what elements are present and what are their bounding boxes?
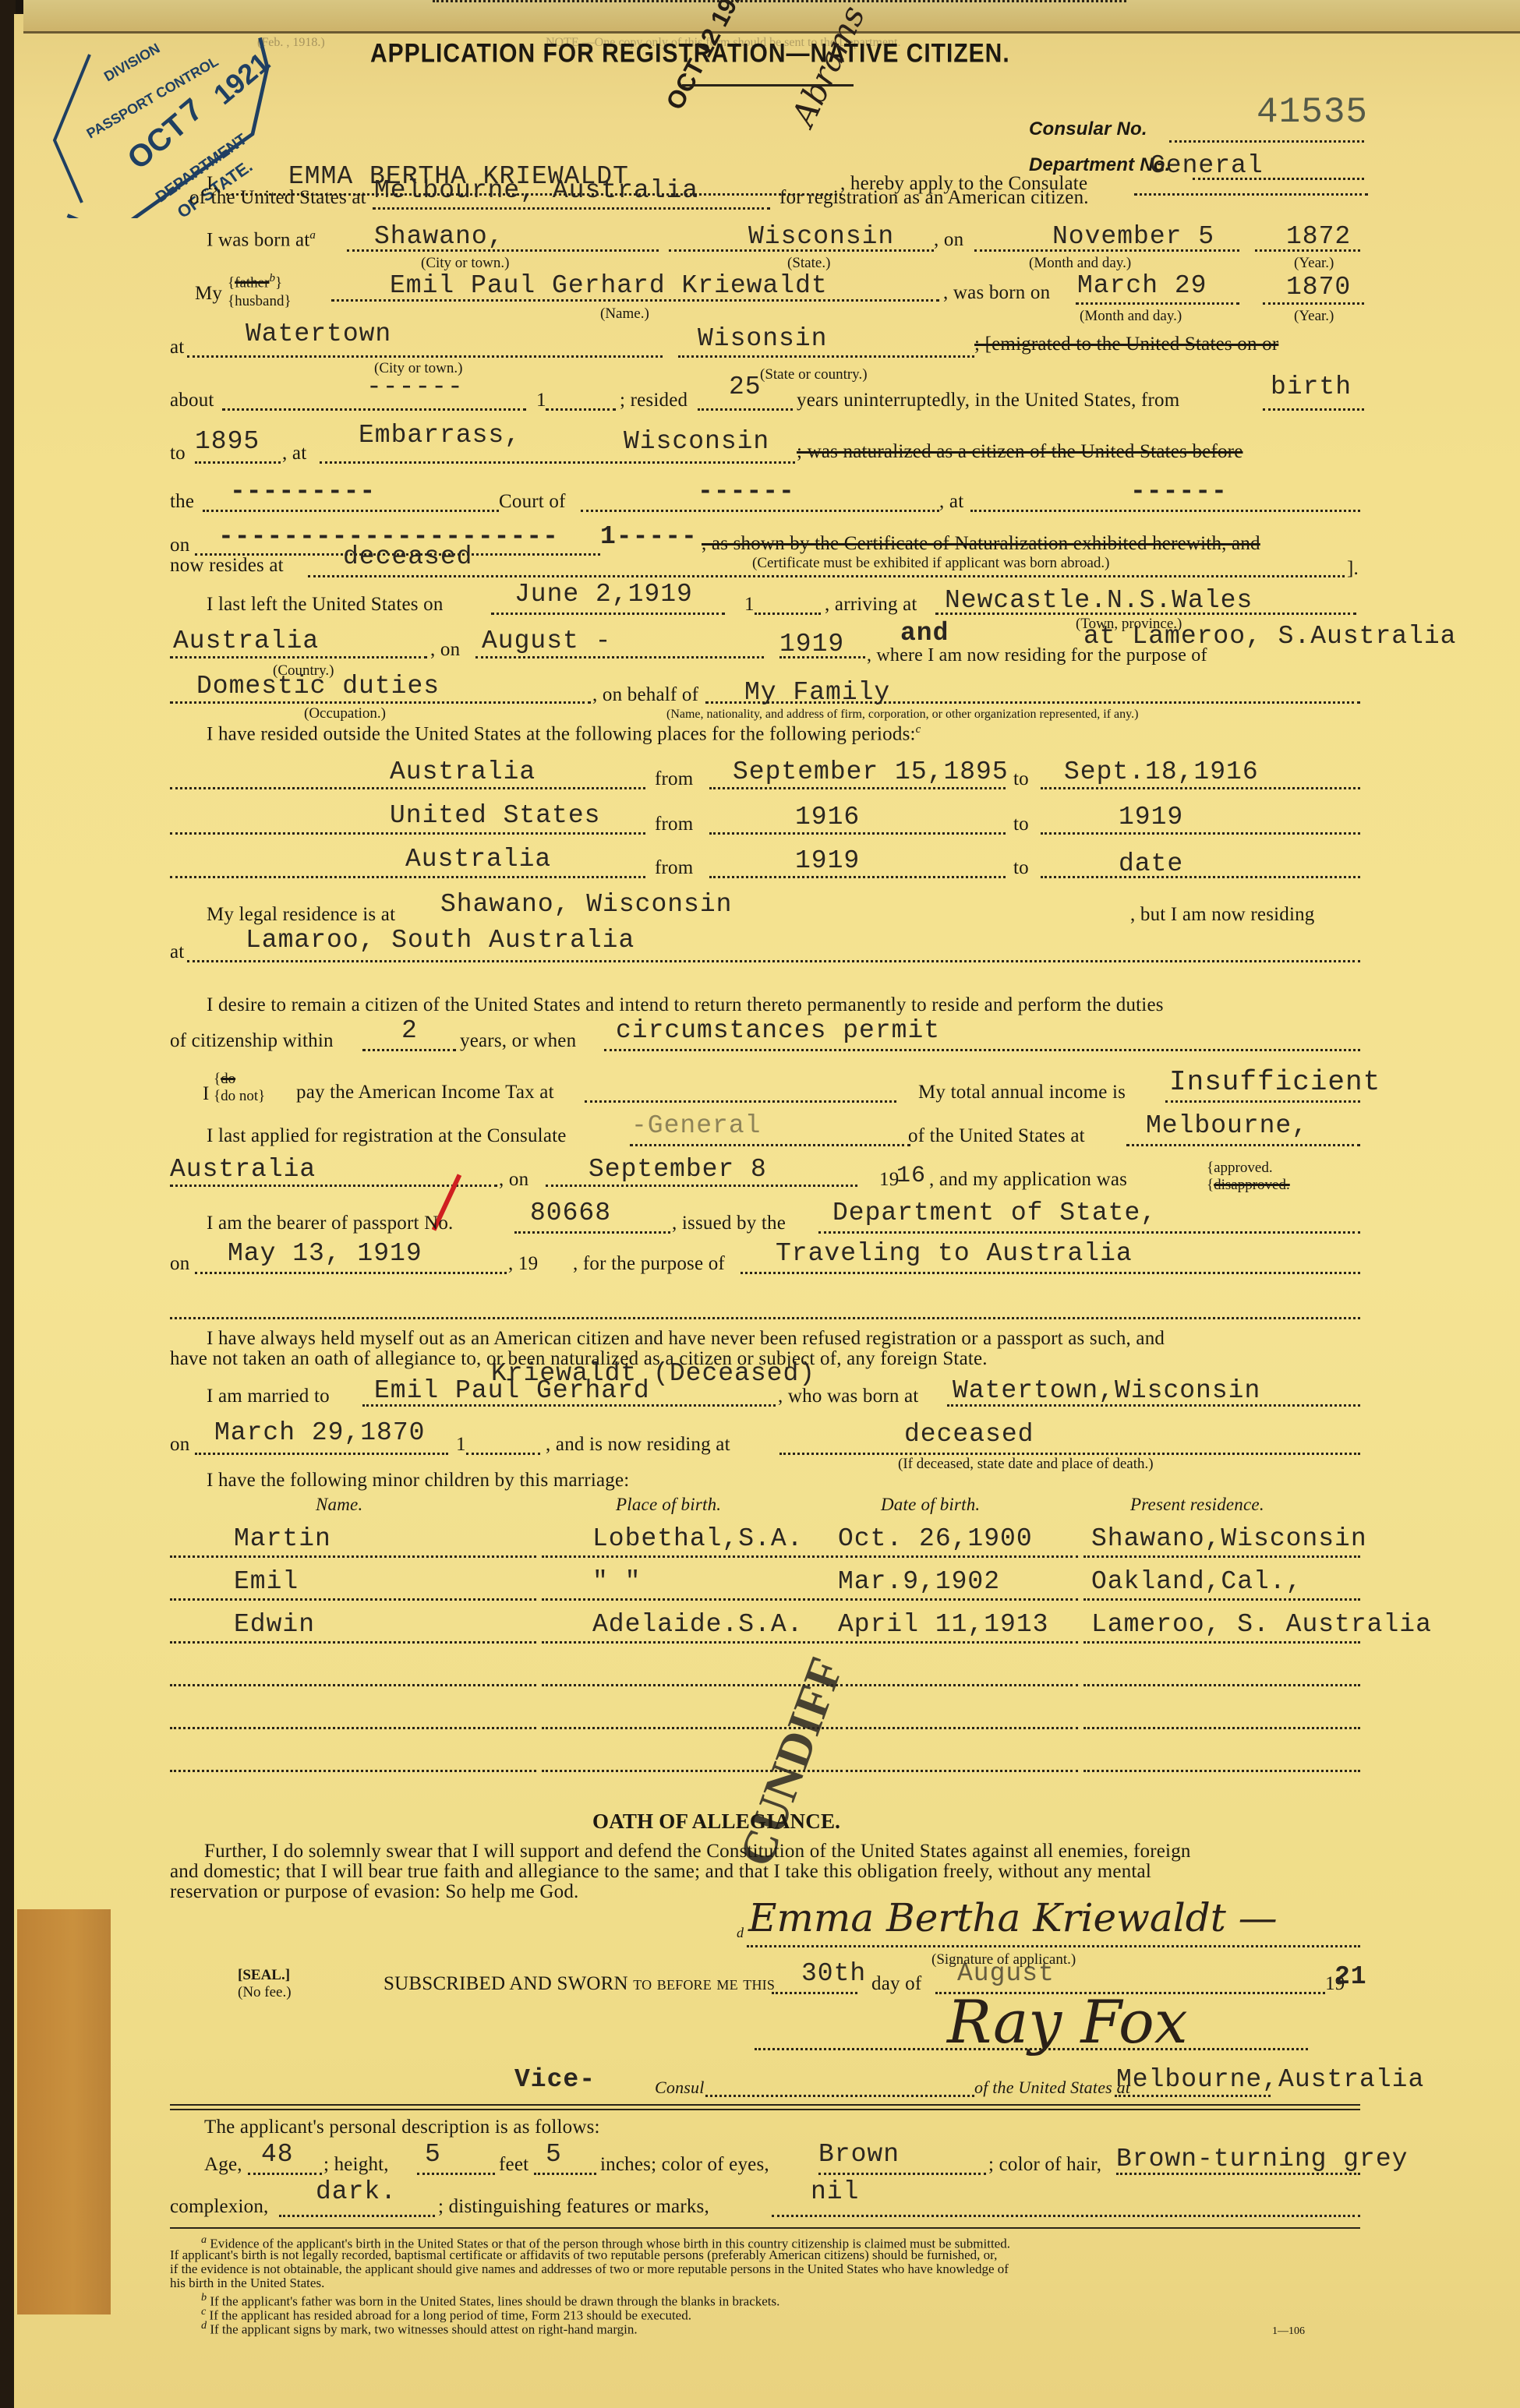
- court-of-label: Court of: [499, 491, 566, 513]
- issued-by-field[interactable]: [818, 1231, 1360, 1234]
- child-date-field[interactable]: [840, 1641, 1078, 1644]
- where-label: , where I am now residing for the purpos…: [867, 645, 1207, 666]
- child-name: Emil: [234, 1567, 299, 1596]
- double-rule-top: [170, 2104, 1360, 2106]
- consulate-city-field[interactable]: [373, 207, 770, 210]
- residence-place-field[interactable]: [170, 876, 645, 878]
- certificate-caption: (Certificate must be exhibited if applic…: [752, 555, 1109, 572]
- day-of-label: day of: [871, 1973, 921, 1995]
- oath-line-2: and domestic; that I will bear true fait…: [170, 1861, 1151, 1883]
- header-name: Name.: [316, 1495, 362, 1515]
- approved-label: approved.: [1214, 1160, 1272, 1176]
- court-field[interactable]: [203, 510, 499, 512]
- stamp-underline: [682, 84, 854, 87]
- father-husband-bracket: {fatherb} {husband}: [228, 269, 292, 311]
- consular-no-label: Consular No.: [1029, 118, 1147, 140]
- city-caption: (City or town.): [421, 255, 509, 272]
- certificate-label-struck: , as shown by the Certificate of Natural…: [702, 533, 1260, 555]
- footnote-a-mark: a: [309, 229, 316, 242]
- spouse-birth-month-day-field[interactable]: [1076, 302, 1239, 305]
- child-name-field[interactable]: [170, 1641, 536, 1644]
- last-left-date: June 2,1919: [514, 580, 693, 609]
- from-value: birth: [1271, 372, 1352, 401]
- emigrated-label-struck: ; [emigrated to the United States on or: [974, 334, 1278, 355]
- arrival-date-field[interactable]: [475, 656, 764, 658]
- state-country-caption: (State or country.): [760, 366, 868, 383]
- marks-field[interactable]: [772, 2215, 1360, 2217]
- child-residence-field[interactable]: [1083, 1770, 1360, 1772]
- spouse-born-on: March 29,1870: [214, 1418, 425, 1447]
- arrival-year: 1919: [779, 630, 844, 658]
- inches-field[interactable]: [534, 2173, 596, 2175]
- child-date-field[interactable]: [840, 1770, 1078, 1772]
- marks: nil: [811, 2177, 859, 2206]
- consul-city-field[interactable]: [1115, 2095, 1271, 2097]
- bracket-close: ].: [1347, 558, 1359, 580]
- consulate-type: General: [1150, 151, 1264, 180]
- child-date: Oct. 26,1900: [838, 1524, 1033, 1553]
- born-at-text: I was born at: [207, 229, 309, 250]
- arrival-date: August -: [482, 627, 611, 655]
- prev-on-label: , on: [499, 1169, 528, 1191]
- child-name-field[interactable]: [170, 1770, 536, 1772]
- consul-label: Consul: [655, 2078, 705, 2098]
- travel-year-field[interactable]: [755, 613, 821, 615]
- from-label: from: [655, 814, 693, 835]
- passport-date-field[interactable]: [195, 1272, 507, 1274]
- spouse-birth-year: 1870: [1286, 273, 1351, 302]
- issued-by-label: , issued by the: [672, 1213, 786, 1234]
- spouse-birth-state: Wisonsin: [698, 324, 827, 353]
- child-residence-field[interactable]: [1083, 1727, 1360, 1729]
- footnote-a-line-2: If applicant's birth is not legally reco…: [170, 2247, 997, 2263]
- do-label-struck: do: [221, 1071, 235, 1087]
- residence-to-field[interactable]: [1041, 832, 1360, 835]
- spouse-month-day-caption: (Month and day.): [1080, 308, 1182, 325]
- at-label: at: [170, 337, 184, 358]
- naturalized-label-struck: ; was naturalized as a citizen of the Un…: [797, 441, 1243, 463]
- inches: 5: [546, 2140, 562, 2169]
- on3-label: , on: [430, 639, 460, 661]
- subscribed-label: SUBSCRIBED AND SWORN to before me this: [384, 1973, 775, 1995]
- year-caption: (Year.): [1294, 255, 1334, 272]
- about-year-field[interactable]: [546, 408, 616, 411]
- header-place-of-birth: Place of birth.: [616, 1495, 721, 1515]
- at2-label: , at: [282, 443, 306, 464]
- signature-field[interactable]: [747, 1945, 1360, 1947]
- declaration-line-1: I have always held myself out as an Amer…: [207, 1328, 1165, 1350]
- marriage-on-label: on: [170, 1434, 189, 1456]
- consular-no-field[interactable]: [1169, 140, 1364, 143]
- court-of-value: ------: [698, 477, 795, 506]
- child-date: Mar.9,1902: [838, 1567, 1000, 1596]
- behalf-label: , on behalf of: [592, 684, 698, 706]
- about-label: about: [170, 390, 214, 411]
- residence-from: September 15,1895: [733, 757, 1009, 786]
- subscribed-month: August: [957, 1959, 1055, 1988]
- child-name: Martin: [234, 1524, 331, 1553]
- passport-on-label: on: [170, 1253, 189, 1275]
- born-on-label: , was born on: [943, 282, 1050, 304]
- residence-city: Embarrass,: [359, 421, 521, 450]
- do-donot-bracket: {do{do not}: [214, 1071, 265, 1105]
- residence-to-field[interactable]: [1041, 876, 1360, 878]
- residence-place: Australia: [390, 757, 536, 786]
- double-rule-bottom: [170, 2109, 1360, 2110]
- age-field[interactable]: [248, 2173, 322, 2175]
- last-left-date-field[interactable]: [491, 613, 725, 615]
- residence-place-field[interactable]: [170, 832, 645, 835]
- residences-intro-text: I have resided outside the United States…: [207, 723, 916, 744]
- issued-by: Department of State,: [832, 1199, 1157, 1227]
- spouse-year-caption: (Year.): [1294, 308, 1334, 325]
- child-residence-field[interactable]: [1083, 1555, 1360, 1558]
- legal-residence-label: My legal residence is at: [207, 904, 395, 926]
- previous-date: September 8: [589, 1155, 767, 1184]
- resided-years: 25: [729, 372, 762, 401]
- age: 48: [261, 2140, 294, 2169]
- previous-date-field[interactable]: [546, 1185, 857, 1187]
- residence-to: date: [1119, 849, 1183, 878]
- inches-label: inches; color of eyes,: [600, 2154, 769, 2176]
- footnote-a-line-3: if the evidence is not obtainable, the a…: [170, 2261, 1009, 2277]
- residence-place-field[interactable]: [320, 461, 795, 464]
- arrival-country: Australia: [173, 627, 319, 655]
- birth-city: Shawano,: [374, 222, 504, 251]
- from-field[interactable]: [1263, 408, 1364, 411]
- income-value: Insufficient: [1169, 1066, 1380, 1098]
- official-signature-field[interactable]: [755, 2048, 1308, 2050]
- residence-to-field[interactable]: [1041, 787, 1360, 789]
- within-label: of citizenship within: [170, 1030, 334, 1052]
- child-place-field[interactable]: [542, 1598, 838, 1601]
- footnote-a-marker: a: [201, 2233, 207, 2246]
- last-left-label: I last left the United States on: [207, 594, 444, 616]
- consulate-type-field[interactable]: [1134, 193, 1368, 196]
- tax-i-label: I: [203, 1083, 210, 1105]
- footnote-b-marker: b: [201, 2291, 207, 2304]
- purpose: Traveling to Australia: [776, 1239, 1133, 1268]
- purpose-field-line-2[interactable]: [170, 1317, 1360, 1319]
- naturalization-year-value: 1-----: [600, 522, 698, 551]
- do-not-label: do not: [221, 1088, 258, 1104]
- footnote-rule: [170, 2227, 1360, 2229]
- to2-label: to: [1013, 857, 1029, 879]
- previous-consulate-field[interactable]: [630, 1144, 910, 1146]
- purpose-field[interactable]: [741, 1272, 1360, 1274]
- spouse-name: Emil Paul Gerhard Kriewaldt: [390, 271, 828, 300]
- legal-residence-field[interactable]: [433, 0, 1126, 2]
- child-place-field[interactable]: [542, 1641, 838, 1644]
- passport-number: 80668: [530, 1199, 611, 1227]
- behalf-caption: (Name, nationality, and address of firm,…: [666, 708, 1138, 722]
- bearer-label: I am the bearer of passport No.: [207, 1213, 454, 1234]
- husband-label: husband: [235, 293, 284, 309]
- hair-color: Brown-turning grey: [1116, 2145, 1408, 2173]
- subscribed-year-suffix: 21: [1334, 1962, 1367, 1991]
- residence-place-field[interactable]: [170, 787, 645, 789]
- to-year-field[interactable]: [195, 461, 281, 464]
- disapproved-label-struck: disapproved.: [1214, 1177, 1290, 1193]
- height-label: ; height,: [323, 2154, 389, 2176]
- child-residence: Shawano,Wisconsin: [1091, 1524, 1367, 1553]
- oath-heading: OATH OF ALLEGIANCE.: [592, 1810, 840, 1834]
- residences-intro: I have resided outside the United States…: [207, 723, 921, 745]
- years-label: years uninterruptedly, in the United Sta…: [797, 390, 1179, 411]
- residence-from-field[interactable]: [709, 832, 1006, 835]
- folded-top-sheet: [23, 0, 1520, 34]
- residence-to: 1919: [1119, 803, 1183, 832]
- marriage-year-prefix: 1: [456, 1434, 466, 1456]
- feet-label: feet: [499, 2154, 528, 2176]
- previous-consulate-value: -General: [631, 1111, 761, 1140]
- child-date-field[interactable]: [840, 1555, 1078, 1558]
- feet-field[interactable]: [417, 2173, 495, 2175]
- approved-bracket: {approved.{disapproved.: [1207, 1160, 1290, 1194]
- age-label: Age,: [204, 2154, 242, 2176]
- oath-line-1: Further, I do solemnly swear that I will…: [204, 1841, 1191, 1862]
- consul-of-us-at-label: of the United States at: [974, 2078, 1130, 2098]
- child-residence-field[interactable]: [1083, 1641, 1360, 1644]
- arriving-place: Newcastle.N.S.Wales: [945, 586, 1253, 615]
- now-residing-label: , but I am now residing: [1130, 904, 1315, 926]
- consulate-city: Melbourne, Australia: [374, 176, 698, 205]
- child-name-field[interactable]: [170, 1555, 536, 1558]
- married-label: I am married to: [207, 1386, 330, 1407]
- footnote-c-mark: c: [916, 723, 921, 736]
- state-caption: (State.): [787, 255, 830, 272]
- child-residence: Lameroo, S. Australia: [1091, 1610, 1432, 1639]
- child-place: " ": [592, 1567, 641, 1596]
- occupation-caption: (Occupation.): [304, 705, 386, 722]
- within-years: 2: [401, 1016, 418, 1045]
- child-date-field[interactable]: [840, 1684, 1078, 1686]
- child-residence-field[interactable]: [1083, 1684, 1360, 1686]
- tax-place-field[interactable]: [585, 1100, 896, 1103]
- court-value: ---------: [230, 477, 376, 506]
- child-date: April 11,1913: [838, 1610, 1048, 1639]
- previous-city: Melbourne,: [1146, 1111, 1308, 1140]
- residence-from-field[interactable]: [709, 787, 1006, 789]
- spouse-birth-city: Watertown: [246, 320, 391, 348]
- to2-label: to: [1013, 768, 1029, 790]
- spouse-residing: deceased: [904, 1420, 1034, 1449]
- application-label: , and my application was: [929, 1169, 1127, 1191]
- to-year: 1895: [195, 427, 260, 456]
- now-residing-value: Lamaroo, South Australia: [246, 926, 635, 955]
- to2-label: to: [1013, 814, 1029, 835]
- pay-label: pay the American Income Tax at: [296, 1082, 554, 1103]
- seal-label: [SEAL.]: [238, 1967, 290, 1984]
- footnote-a-line-4: his birth in the United States.: [170, 2276, 324, 2291]
- spouse-birth-month-day: March 29: [1077, 271, 1207, 300]
- intent-text: I desire to remain a citizen of the Unit…: [207, 994, 1164, 1016]
- last-applied-label: I last applied for registration at the C…: [207, 1125, 567, 1147]
- children-intro: I have the following minor children by t…: [207, 1470, 629, 1492]
- father-label-struck: father: [235, 274, 269, 291]
- about-value: ------: [366, 372, 464, 401]
- child-place-field[interactable]: [542, 1555, 838, 1558]
- previous-country-field[interactable]: [170, 1185, 497, 1187]
- child-name-field[interactable]: [170, 1684, 536, 1686]
- scan-edge-shadow: [0, 0, 16, 2408]
- the-label: the: [170, 491, 194, 513]
- complexion: dark.: [316, 2177, 397, 2206]
- birth-month-day: November 5: [1052, 222, 1214, 251]
- eye-color: Brown: [818, 2140, 900, 2169]
- spouse-born-on-field[interactable]: [195, 1453, 448, 1455]
- header-present-residence: Present residence.: [1130, 1495, 1264, 1515]
- complexion-label: complexion,: [170, 2196, 268, 2218]
- prev-of-us-at-label: of the United States at: [908, 1125, 1085, 1147]
- passport-number-field[interactable]: [514, 1231, 670, 1234]
- feet: 5: [425, 2140, 441, 2169]
- signature-footnote-mark: d: [737, 1925, 744, 1941]
- residence-from: 1916: [795, 803, 860, 832]
- now-residing-field[interactable]: [187, 960, 1360, 962]
- hair-label: ; color of hair,: [988, 2154, 1101, 2176]
- passport-date: May 13, 1919: [228, 1239, 422, 1268]
- travel-year-prefix: 1: [744, 594, 755, 616]
- footnote-d: d If the applicant signs by mark, two wi…: [201, 2319, 638, 2338]
- passport-year-label: , 19: [508, 1253, 538, 1275]
- eyes-field[interactable]: [818, 2173, 986, 2175]
- residence-to: Sept.18,1916: [1064, 757, 1259, 786]
- now-resides-value: deceased: [343, 542, 472, 571]
- birth-state: Wisconsin: [748, 222, 894, 251]
- legal-residence-value: Shawano, Wisconsin: [440, 890, 732, 919]
- name-caption: (Name.): [600, 305, 649, 323]
- when-field[interactable]: [604, 1049, 1360, 1051]
- resided-label: ; resided: [620, 390, 688, 411]
- subscribed-day: 30th: [801, 1959, 866, 1988]
- within-years-field[interactable]: [362, 1049, 456, 1051]
- official-signature: Ray Fox: [947, 1987, 1188, 2057]
- at3-label: at: [170, 941, 184, 963]
- child-place: Adelaide.S.A.: [592, 1610, 803, 1639]
- vice-label: Vice-: [514, 2065, 596, 2094]
- prev-year-suffix: 16: [896, 1163, 926, 1189]
- from-label: from: [655, 857, 693, 879]
- court-at-label: , at: [939, 491, 963, 513]
- resided-years-field[interactable]: [698, 408, 793, 411]
- born-at-label: I was born ata: [207, 229, 316, 251]
- purpose-label: , for the purpose of: [573, 1253, 725, 1275]
- income-label: My total annual income is: [918, 1082, 1126, 1103]
- my-label: My: [195, 283, 222, 305]
- child-name-field[interactable]: [170, 1727, 536, 1729]
- applicant-signature: Emma Bertha Kriewaldt —: [748, 1895, 1278, 1940]
- marks-label: ; distinguishing features or marks,: [438, 2196, 709, 2218]
- footnote-b-mark: b: [269, 272, 275, 284]
- occupation-field[interactable]: [170, 701, 591, 704]
- behalf-value: My Family: [744, 678, 890, 707]
- arrival-country-field[interactable]: [170, 656, 427, 658]
- spouse-residing-field[interactable]: [779, 1453, 1360, 1455]
- now-resides-label: now resides at: [170, 555, 284, 577]
- arriving-label: , arriving at: [825, 594, 917, 616]
- child-date-field[interactable]: [840, 1598, 1078, 1601]
- from-label: from: [655, 768, 693, 790]
- court-at-value: ------: [1130, 477, 1228, 506]
- on2-label: on: [170, 535, 189, 556]
- to-label: to: [170, 443, 186, 464]
- court-at-field[interactable]: [970, 510, 1360, 512]
- about-year-prefix: 1: [536, 390, 546, 411]
- about-field[interactable]: [222, 408, 526, 411]
- marriage-year-field[interactable]: [466, 1453, 540, 1455]
- child-residence-field[interactable]: [1083, 1598, 1360, 1601]
- no-fee-label: (No fee.): [238, 1984, 292, 2001]
- day-field[interactable]: [772, 1992, 857, 1994]
- who-born-at-label: , who was born at: [778, 1386, 918, 1407]
- now-residing-label-2: , and is now residing at: [546, 1434, 730, 1456]
- birth-year: 1872: [1286, 222, 1351, 251]
- spouse-birth-city-field[interactable]: [187, 355, 663, 358]
- header-date-of-birth: Date of birth.: [881, 1495, 980, 1515]
- adhesive-tape-strip: [17, 1909, 111, 2314]
- for-registration-label: for registration as an American citizen.: [779, 187, 1089, 209]
- residence-from-field[interactable]: [709, 876, 1006, 878]
- month-day-caption: (Month and day.): [1029, 255, 1131, 272]
- child-name: Edwin: [234, 1610, 315, 1639]
- when-value: circumstances permit: [616, 1016, 940, 1045]
- married-to-name: Emil Paul Gerhard: [374, 1376, 650, 1405]
- residence-place: Australia: [405, 845, 551, 874]
- income-field[interactable]: [1165, 1100, 1360, 1103]
- child-residence: Oakland,Cal.,: [1091, 1567, 1302, 1596]
- occupation: Domestic duties: [196, 672, 440, 701]
- complexion-field[interactable]: [279, 2215, 435, 2217]
- now-resides-field[interactable]: [308, 575, 1345, 577]
- and-insert: and: [900, 619, 949, 648]
- spouse-birth-year-field[interactable]: [1263, 302, 1364, 305]
- child-place: Lobethal,S.A.: [592, 1524, 803, 1553]
- child-name-field[interactable]: [170, 1598, 536, 1601]
- oath-line-3: reservation or purpose of evasion: So he…: [170, 1881, 578, 1903]
- previous-city-field[interactable]: [1126, 1144, 1360, 1146]
- footnote-c-marker: c: [201, 2305, 206, 2318]
- child-date-field[interactable]: [840, 1727, 1078, 1729]
- footnote-d-text: If the applicant signs by mark, two witn…: [210, 2322, 637, 2337]
- form-number: 1—106: [1272, 2325, 1305, 2338]
- spouse-birth-state-field[interactable]: [678, 355, 974, 358]
- description-intro: The applicant's personal description is …: [204, 2117, 600, 2138]
- on-label: , on: [934, 229, 963, 251]
- consul-city: Melbourne,Australia: [1116, 2065, 1424, 2094]
- spouse-born-at: Watertown,Wisconsin: [953, 1376, 1260, 1405]
- years-or-when-label: years, or when: [460, 1030, 576, 1052]
- residence-place: United States: [390, 801, 600, 830]
- footnote-d-marker: d: [201, 2319, 207, 2332]
- residence-from: 1919: [795, 846, 860, 875]
- previous-country: Australia: [170, 1155, 316, 1184]
- department-no-value: 41535: [1257, 92, 1368, 132]
- consul-field[interactable]: [705, 2095, 974, 2097]
- court-of-field[interactable]: [581, 510, 939, 512]
- residing-caption: (If deceased, state date and place of de…: [898, 1456, 1154, 1473]
- residence-state: Wisconsin: [624, 427, 769, 456]
- of-us-at-label: of the United States at: [189, 187, 366, 209]
